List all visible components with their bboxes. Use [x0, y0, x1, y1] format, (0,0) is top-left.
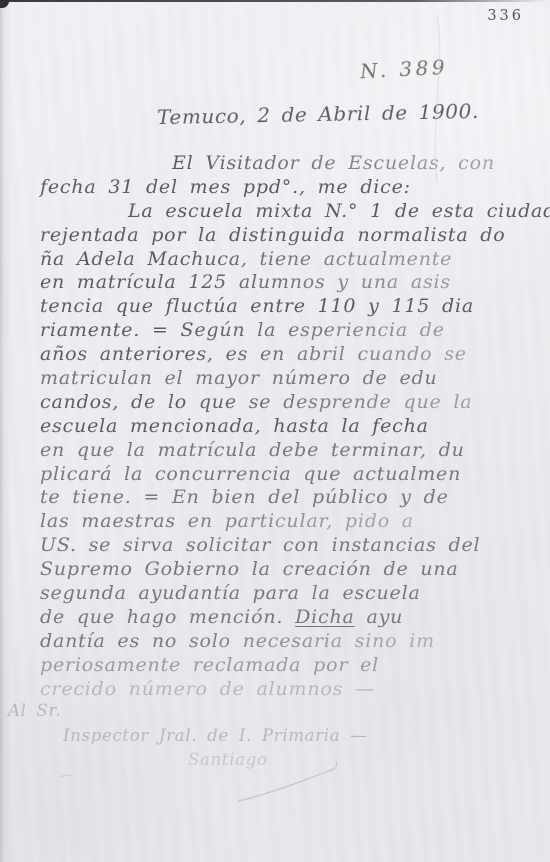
manuscript-line: La escuela mixta N.° 1 de esta ciudad,: [40, 200, 518, 224]
scan-top-edge-artifact: [0, 0, 550, 2]
letter-closing: Al Sr.Inspector Jral. de I. Primaria —Sa…: [8, 699, 428, 773]
manuscript-line: US. se sirva solicitar con instancias de…: [40, 534, 518, 558]
manuscript-text: ayu: [355, 606, 404, 628]
dateline: Temuco, 2 de Abril de 1900.: [157, 99, 479, 129]
manuscript-line: en matrícula 125 alumnos y una asis: [40, 271, 518, 295]
manuscript-line: Santiago: [8, 748, 428, 773]
manuscript-line: dantía es no solo necesaria sino im: [40, 630, 518, 654]
manuscript-line: fecha 31 del mes ppd°., me dice:: [40, 176, 518, 200]
folio-number: 336: [487, 8, 524, 24]
manuscript-line: rejentada por la distinguida normalista …: [40, 224, 518, 248]
manuscript-line: Supremo Gobierno la creación de una: [40, 558, 518, 582]
manuscript-line: candos, de lo que se desprende que la: [40, 391, 518, 415]
manuscript-line: crecido número de alumnos —: [40, 678, 518, 702]
manuscript-line: periosamente reclamada por el: [40, 654, 518, 678]
manuscript-line: ña Adela Machuca, tiene actualmente: [40, 248, 518, 272]
manuscript-line: matriculan el mayor número de edu: [40, 367, 518, 391]
manuscript-line: escuela mencionada, hasta la fecha: [40, 415, 518, 439]
underlined-word: Dicha: [295, 606, 355, 628]
manuscript-line: riamente. = Según la esperiencia de: [40, 319, 518, 343]
manuscript-line: te tiene. = En bien del público y de: [40, 486, 518, 510]
scan-corner-artifact: [0, 0, 9, 8]
manuscript-line: Al Sr.: [8, 699, 428, 724]
manuscript-line: en que la matrícula debe terminar, du: [40, 439, 518, 463]
manuscript-line: de que hago mención. Dicha ayu: [40, 606, 518, 630]
letter-body: El Visitador de Escuelas, confecha 31 de…: [40, 152, 518, 701]
manuscript-text: de que hago mención.: [40, 606, 295, 628]
manuscript-line: años anteriores, es en abril cuando se: [40, 343, 518, 367]
document-number: N. 389: [359, 55, 448, 84]
manuscript-line: segunda ayudantía para la escuela: [40, 582, 518, 606]
manuscript-line: Inspector Jral. de I. Primaria —: [8, 724, 428, 749]
scanned-letter-page: 336 N. 389 Temuco, 2 de Abril de 1900. E…: [0, 0, 550, 862]
manuscript-line: El Visitador de Escuelas, con: [40, 152, 518, 176]
manuscript-line: plicará la concurrencia que actualmen: [40, 463, 518, 487]
manuscript-line: tencia que fluctúa entre 110 y 115 dia: [40, 295, 518, 319]
manuscript-line: las maestras en particular, pido a: [40, 510, 518, 534]
